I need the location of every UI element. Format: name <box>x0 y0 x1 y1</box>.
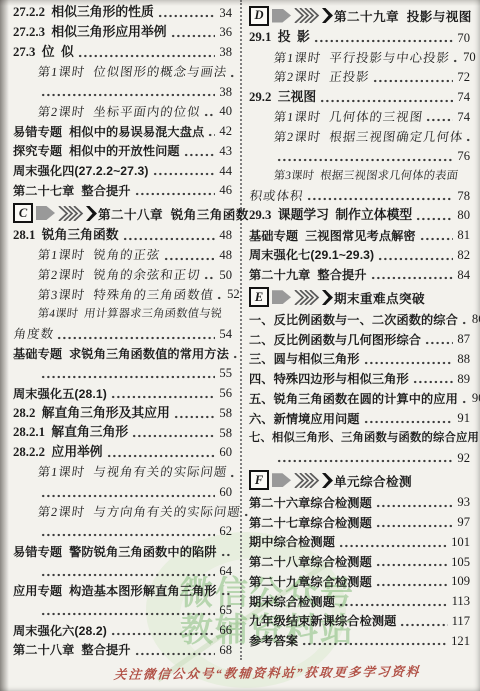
toc-entry-page: 40 <box>217 105 232 118</box>
dot-leader <box>302 641 447 647</box>
toc-entry: 27.3 位 似 38 <box>13 43 232 63</box>
dot-leader <box>230 473 236 479</box>
toc-entry: 三、圆与相似三角形 88 <box>249 349 470 369</box>
dot-leader <box>453 58 459 64</box>
toc-entry-label: 第二十七章综合检测题 <box>249 517 372 529</box>
toc-entry-page: 52 <box>225 288 240 301</box>
toc-entry-page: 48 <box>217 229 232 242</box>
toc-entry: 55 <box>13 364 232 384</box>
dot-leader <box>164 256 216 262</box>
dot-leader <box>78 53 216 59</box>
toc-entry: 第2课时 锐角的余弦和正切 50 <box>13 265 232 285</box>
toc-entry-label: 28.2.2 应用举例 <box>13 446 103 459</box>
toc-entry-page: 58 <box>217 427 232 440</box>
dot-leader <box>339 543 447 549</box>
toc-entry: 第1课时 与视角有关的实际问题 <box>13 463 232 483</box>
toc-entry-page: 62 <box>217 525 232 538</box>
toc-entry-page: 78 <box>455 190 470 203</box>
dot-leader <box>107 453 216 459</box>
toc-entry-label: 27.2.3 相似三角形应用举例 <box>13 26 167 39</box>
toc-entry: 28.2 解直角三角形及其应用 58 <box>13 403 232 423</box>
toc-entry: 第二十九章 整合提升 84 <box>249 265 470 285</box>
dot-leader <box>174 414 216 420</box>
dot-leader <box>217 295 223 301</box>
dot-leader <box>158 13 216 19</box>
section-header: D 第二十九章 投影与视图 <box>249 3 470 28</box>
dot-leader <box>425 340 453 346</box>
dot-leader <box>132 433 215 439</box>
section-letter-badge: C <box>13 203 33 223</box>
toc-entry-label: 参考答案 <box>249 635 298 647</box>
toc-entry-label: 六、新情境应用问题 <box>249 413 360 425</box>
toc-entry-label: 第二十六章综合检测题 <box>249 497 372 509</box>
toc-entry-label: 第4课时 用计算器求三角函数值与锐 <box>37 309 223 320</box>
toc-entry-page: 74 <box>455 91 470 104</box>
toc-entry-page: 54 <box>217 328 232 341</box>
toc-entry-page: 113 <box>450 595 470 608</box>
toc-entry: 周末强化五(28.1) 56 <box>13 384 232 404</box>
toc-entry-page: 65 <box>217 604 232 617</box>
toc-entry: 第3课时 特殊角的三角函数值 52 <box>13 285 232 305</box>
section-letter-badge: D <box>249 6 269 26</box>
section-letter-badge: F <box>249 470 269 490</box>
toc-entry: 第1课时 平行投影与中心投影 70 <box>249 48 470 68</box>
toc-entry-label: 27.3 位 似 <box>13 46 74 59</box>
toc-entry-page: 82 <box>455 249 470 262</box>
dot-leader <box>307 196 454 202</box>
toc-entry-label: 29.2 三视图 <box>249 91 316 104</box>
toc-entry: 期中综合检测题 101 <box>249 532 470 552</box>
toc-entry: 第1课时 位似图形的概念与画法 <box>13 62 232 82</box>
toc-entry-page: 93 <box>455 496 470 509</box>
toc-entry-label: 积或体积 <box>249 190 304 202</box>
toc-entry: 角度数 54 <box>13 324 232 344</box>
toc-entry-page: 105 <box>449 556 470 569</box>
solid-arrow-icon <box>322 8 333 23</box>
dot-leader <box>153 171 216 177</box>
dot-leader <box>416 216 453 222</box>
toc-entry: 七、相似三角形、三角函数与函数的综合应用 <box>249 428 470 448</box>
toc-entry: 二、反比例函数与几何图形综合 87 <box>249 330 470 350</box>
gray-arrow-icon <box>272 473 291 487</box>
chevron-stripes-icon <box>294 290 320 305</box>
toc-entry: 第2课时 与方向角有关的实际问题 <box>13 502 232 522</box>
section-title: 第二十八章 锐角三角函数 <box>98 204 249 223</box>
toc-entry: 第3课时 根据三视图求几何体的表面 <box>249 166 470 186</box>
toc-entry-label: 二、反比例函数与几何图形综合 <box>249 334 421 346</box>
dot-leader <box>364 419 454 425</box>
dot-leader <box>376 582 447 588</box>
toc-entry: 29.2 三视图 74 <box>249 87 470 107</box>
toc-entry: 60 <box>13 482 232 502</box>
toc-entry: 第4课时 用计算器求三角函数值与锐 <box>13 305 232 325</box>
gray-arrow-icon <box>272 9 291 23</box>
toc-entry-label: 角度数 <box>13 328 55 340</box>
toc-entry-page: 55 <box>217 367 232 380</box>
toc-entry-label: 29.3 课题学习 制作立体模型 <box>249 209 412 222</box>
toc-entry-page: 66 <box>217 624 232 637</box>
toc-entry-label: 应用专题 构造基本图形解直角三角形 <box>13 585 217 597</box>
toc-entry-page: 44 <box>217 165 232 178</box>
toc-entry: 易错专题 相似中的易误易混大盘点 42 <box>13 122 232 142</box>
toc-entry: 四、特殊四边形与相似三角形 89 <box>249 369 470 389</box>
toc-entry-label: 探究专题 相似中的开放性问题 <box>13 145 180 157</box>
toc-entry-page: 56 <box>217 387 232 400</box>
toc-entry-page: 74 <box>455 111 470 124</box>
toc-entry-page: 38 <box>217 46 232 59</box>
toc-entry: 九年级结束新课综合检测题 117 <box>249 611 470 631</box>
dot-leader <box>364 360 454 366</box>
toc-entry: 第二十八章 整合提升 68 <box>13 640 232 660</box>
toc-entry-page: 101 <box>449 536 470 549</box>
toc-entry-label: 第2课时 与方向角有关的实际问题 <box>37 506 241 518</box>
dot-leader <box>184 152 216 158</box>
dot-leader <box>41 611 215 617</box>
toc-entry-label: 27.2.2 相似三角形的性质 <box>13 6 154 19</box>
dot-leader <box>230 73 236 79</box>
toc-entry: 38 <box>13 82 232 102</box>
dot-leader <box>41 572 215 578</box>
dot-leader <box>277 458 453 464</box>
toc-entry-page: 76 <box>455 150 470 163</box>
toc-entry-page: 87 <box>455 333 470 346</box>
toc-entry-label: 第1课时 平行投影与中心投影 <box>273 52 451 64</box>
toc-entry: 周末强化七(29.1~29.3) 82 <box>249 245 470 265</box>
toc-entry: 28.1 锐角三角函数 48 <box>13 226 232 246</box>
dot-leader <box>171 33 216 39</box>
toc-entry-page: 70 <box>461 51 476 64</box>
dot-leader <box>221 552 230 558</box>
toc-entry-page: 81 <box>455 229 470 242</box>
toc-entry-label: 第2课时 坐标平面内的位似 <box>37 106 201 118</box>
toc-entry: 28.2.1 解直角三角形 58 <box>13 423 232 443</box>
toc-entry-label: 第3课时 根据三视图求几何体的表面 <box>273 171 459 182</box>
toc-entry-page: 88 <box>455 353 470 366</box>
dot-leader <box>413 379 454 385</box>
toc-entry-page: 48 <box>217 249 232 262</box>
dot-leader <box>466 137 472 143</box>
dot-leader <box>111 631 216 637</box>
column-divider <box>240 0 242 660</box>
toc-entry-page: 58 <box>217 407 232 420</box>
toc-entry: 第二十七章综合检测题 97 <box>249 513 470 533</box>
toc-entry: 五、锐角三角函数在圆的计算中的应用 90 <box>249 389 470 409</box>
toc-entry-label: 四、特殊四边形与相似三角形 <box>249 373 409 385</box>
toc-entry-page: 89 <box>455 373 470 386</box>
toc-entry-label: 期中综合检测题 <box>249 536 335 548</box>
dot-leader <box>373 78 454 84</box>
gray-arrow-icon <box>272 290 291 304</box>
toc-entry: 期末综合检测题 113 <box>249 592 470 612</box>
toc-entry-label: 周末强化七(29.1~29.3) <box>249 249 374 261</box>
toc-entry-label: 九年级结束新课综合检测题 <box>249 615 396 627</box>
toc-entry-label: 第1课时 位似图形的概念与画法 <box>37 66 228 78</box>
toc-entry-page: 121 <box>449 635 470 648</box>
section-title: 单元综合检测 <box>334 471 412 490</box>
toc-entry: 第2课时 根据三视图确定几何体 <box>249 127 470 147</box>
dot-leader <box>376 503 454 509</box>
toc-entry: 参考答案 121 <box>249 631 470 651</box>
dot-leader <box>135 651 216 657</box>
dot-leader <box>320 98 453 104</box>
toc-entry-label: 周末强化五(28.1) <box>13 388 107 400</box>
toc-entry-page: 86 <box>470 313 480 326</box>
toc-entry-page: 92 <box>455 452 470 465</box>
toc-entry: 28.2.2 应用举例 60 <box>13 443 232 463</box>
toc-entry: 第2课时 坐标平面内的位似 40 <box>13 102 232 122</box>
toc-entry-label: 七、相似三角形、三角函数与函数的综合应用 <box>249 433 479 444</box>
footer-note: 关注微信公众号“教辅资料站”获取更多学习资料 <box>113 661 476 683</box>
dot-leader <box>41 92 215 98</box>
toc-entry-label: 第2课时 正投影 <box>273 71 370 83</box>
dot-leader <box>57 335 215 341</box>
toc-entry-label: 第二十九章 整合提升 <box>249 269 367 281</box>
dot-leader <box>371 275 454 281</box>
dot-leader <box>221 591 230 597</box>
toc-entry: 探究专题 相似中的开放性问题 43 <box>13 141 232 161</box>
toc-entry: 周末强化六(28.2) 66 <box>13 621 232 641</box>
toc-entry-page: 117 <box>450 615 470 628</box>
toc-entry: 第二十六章综合检测题 93 <box>249 493 470 513</box>
toc-entry-label: 五、锐角三角函数在圆的计算中的应用 <box>249 393 458 405</box>
toc-entry-page: 60 <box>217 446 232 459</box>
toc-entry: 29.3 课题学习 制作立体模型 80 <box>249 206 470 226</box>
toc-entry-label: 一、反比例函数与一、二次函数的综合 <box>249 314 458 326</box>
toc-entry-label: 29.1 投 影 <box>249 31 310 44</box>
toc-entry-page: 109 <box>449 575 470 588</box>
dot-leader <box>400 622 447 628</box>
toc-entry-label: 28.2.1 解直角三角形 <box>13 426 128 439</box>
toc-column-left: 27.2.2 相似三角形的性质 34 27.2.3 相似三角形应用举例 36 2… <box>13 3 232 660</box>
toc-entry-label: 基础专题 三视图常见考点解密 <box>249 230 416 242</box>
solid-arrow-icon <box>322 473 333 488</box>
toc-entry-page: 70 <box>455 32 470 45</box>
toc-entry-label: 第3课时 特殊角的三角函数值 <box>37 289 215 301</box>
section-letter-badge: E <box>249 287 269 307</box>
dot-leader <box>123 236 216 242</box>
dot-leader <box>135 191 216 197</box>
toc-entry: 第二十八章综合检测题 105 <box>249 552 470 572</box>
section-header: F 单元综合检测 <box>249 468 470 493</box>
toc-entry: 64 <box>13 561 232 581</box>
dot-leader <box>41 374 215 380</box>
toc-entry: 基础专题 三视图常见考点解密 81 <box>249 226 470 246</box>
dot-leader <box>462 399 468 405</box>
dot-leader <box>111 394 216 400</box>
toc-entry-label: 三、圆与相似三角形 <box>249 353 360 365</box>
dot-leader <box>277 157 453 163</box>
dot-leader <box>378 256 453 262</box>
toc-entry-label: 第1课时 与视角有关的实际问题 <box>37 466 228 478</box>
toc-entry: 基础专题 求锐角三角函数值的常用方法 <box>13 344 232 364</box>
dot-leader <box>41 532 215 538</box>
dot-leader <box>41 493 215 499</box>
toc-entry-page: 72 <box>455 71 470 84</box>
toc-entry-label: 易错专题 警防锐角三角函数中的陷阱 <box>13 546 217 558</box>
toc-entry-page: 36 <box>217 26 232 39</box>
section-title: 第二十九章 投影与视图 <box>334 6 472 25</box>
toc-entry: 27.2.3 相似三角形应用举例 36 <box>13 23 232 43</box>
dot-leader <box>314 38 454 44</box>
toc-entry: 一、反比例函数与一、二次函数的综合 86 <box>249 310 470 330</box>
toc-entry-page: 46 <box>217 184 232 197</box>
dot-leader <box>204 112 216 118</box>
chevron-stripes-icon <box>294 473 320 488</box>
toc-entry: 第二十九章综合检测题 109 <box>249 572 470 592</box>
solid-arrow-icon <box>86 206 97 221</box>
toc-entry-label: 基础专题 求锐角三角函数值的常用方法 <box>13 348 229 360</box>
toc-entry-label: 第1课时 锐角的正弦 <box>37 249 161 261</box>
toc-entry-page: 38 <box>217 86 232 99</box>
dot-leader <box>462 320 468 326</box>
toc-entry-label: 第二十八章 整合提升 <box>13 644 131 656</box>
toc-entry-page: 97 <box>455 516 470 529</box>
toc-entry-page: 50 <box>217 269 232 282</box>
toc-entry-label: 易错专题 相似中的易误易混大盘点 <box>13 126 204 138</box>
toc-entry: 积或体积 78 <box>249 186 470 206</box>
toc-entry-page: 64 <box>217 565 232 578</box>
dot-leader <box>339 602 448 608</box>
toc-entry-label: 周末强化六(28.2) <box>13 625 107 637</box>
toc-column-right: D 第二十九章 投影与视图 29.1 投 影 70 第1课时 平行投影与中心投影… <box>249 3 470 651</box>
dot-leader <box>376 562 447 568</box>
toc-entry-label: 第二十九章综合检测题 <box>249 576 372 588</box>
toc-entry: 第二十七章 整合提升 46 <box>13 181 232 201</box>
solid-arrow-icon <box>322 290 333 305</box>
toc-entry-label: 期末综合检测题 <box>249 596 335 608</box>
toc-entry-label: 第1课时 几何体的三视图 <box>273 111 424 123</box>
toc-entry: 第1课时 几何体的三视图 74 <box>249 107 470 127</box>
section-header: C 第二十八章 锐角三角函数 <box>13 201 232 226</box>
toc-entry-page: 91 <box>455 412 470 425</box>
toc-entry: 第1课时 锐角的正弦 48 <box>13 245 232 265</box>
toc-entry-page: 90 <box>470 392 480 405</box>
toc-entry-page: 34 <box>217 7 232 20</box>
toc-entry-page: 80 <box>455 209 470 222</box>
toc-entry-label: 28.2 解直角三角形及其应用 <box>13 407 170 420</box>
toc-entry-label: 第2课时 锐角的余弦和正切 <box>37 269 201 281</box>
section-title: 期末重难点突破 <box>334 288 425 307</box>
toc-entry: 92 <box>249 448 470 468</box>
toc-entry: 65 <box>13 601 232 621</box>
toc-entry: 易错专题 警防锐角三角函数中的陷阱 <box>13 542 232 562</box>
toc-entry-page: 84 <box>455 269 470 282</box>
toc-page: 微信公众号 教辅资料站 27.2.2 相似三角形的性质 34 27.2.3 相似… <box>0 0 480 691</box>
toc-entry-page: 60 <box>217 486 232 499</box>
toc-entry-label: 周末强化四(27.2.2~27.3) <box>13 165 149 177</box>
toc-entry-page: 43 <box>217 145 232 158</box>
toc-entry-label: 第二十八章综合检测题 <box>249 556 372 568</box>
toc-entry: 第2课时 正投影 72 <box>249 68 470 88</box>
dot-leader <box>233 354 239 360</box>
toc-entry: 应用专题 构造基本图形解直角三角形 <box>13 581 232 601</box>
toc-entry: 62 <box>13 522 232 542</box>
toc-entry-label: 第2课时 根据三视图确定几何体 <box>273 131 464 143</box>
gray-arrow-icon <box>36 206 55 220</box>
dot-leader <box>208 132 215 138</box>
dot-leader <box>420 236 454 242</box>
toc-entry-label: 28.1 锐角三角函数 <box>13 229 119 242</box>
toc-entry: 周末强化四(27.2.2~27.3) 44 <box>13 161 232 181</box>
dot-leader <box>426 117 453 123</box>
toc-entry-page: 42 <box>217 125 232 138</box>
toc-entry-page: 68 <box>217 644 232 657</box>
chevron-stripes-icon <box>58 206 84 221</box>
dot-leader <box>376 523 454 529</box>
toc-entry: 76 <box>249 147 470 167</box>
chevron-stripes-icon <box>294 8 320 23</box>
toc-entry: 29.1 投 影 70 <box>249 28 470 48</box>
toc-entry: 27.2.2 相似三角形的性质 34 <box>13 3 232 23</box>
dot-leader <box>204 275 216 281</box>
toc-entry-label: 第二十七章 整合提升 <box>13 185 131 197</box>
section-header: E 期末重难点突破 <box>249 285 470 310</box>
toc-entry: 六、新情境应用问题 91 <box>249 409 470 429</box>
